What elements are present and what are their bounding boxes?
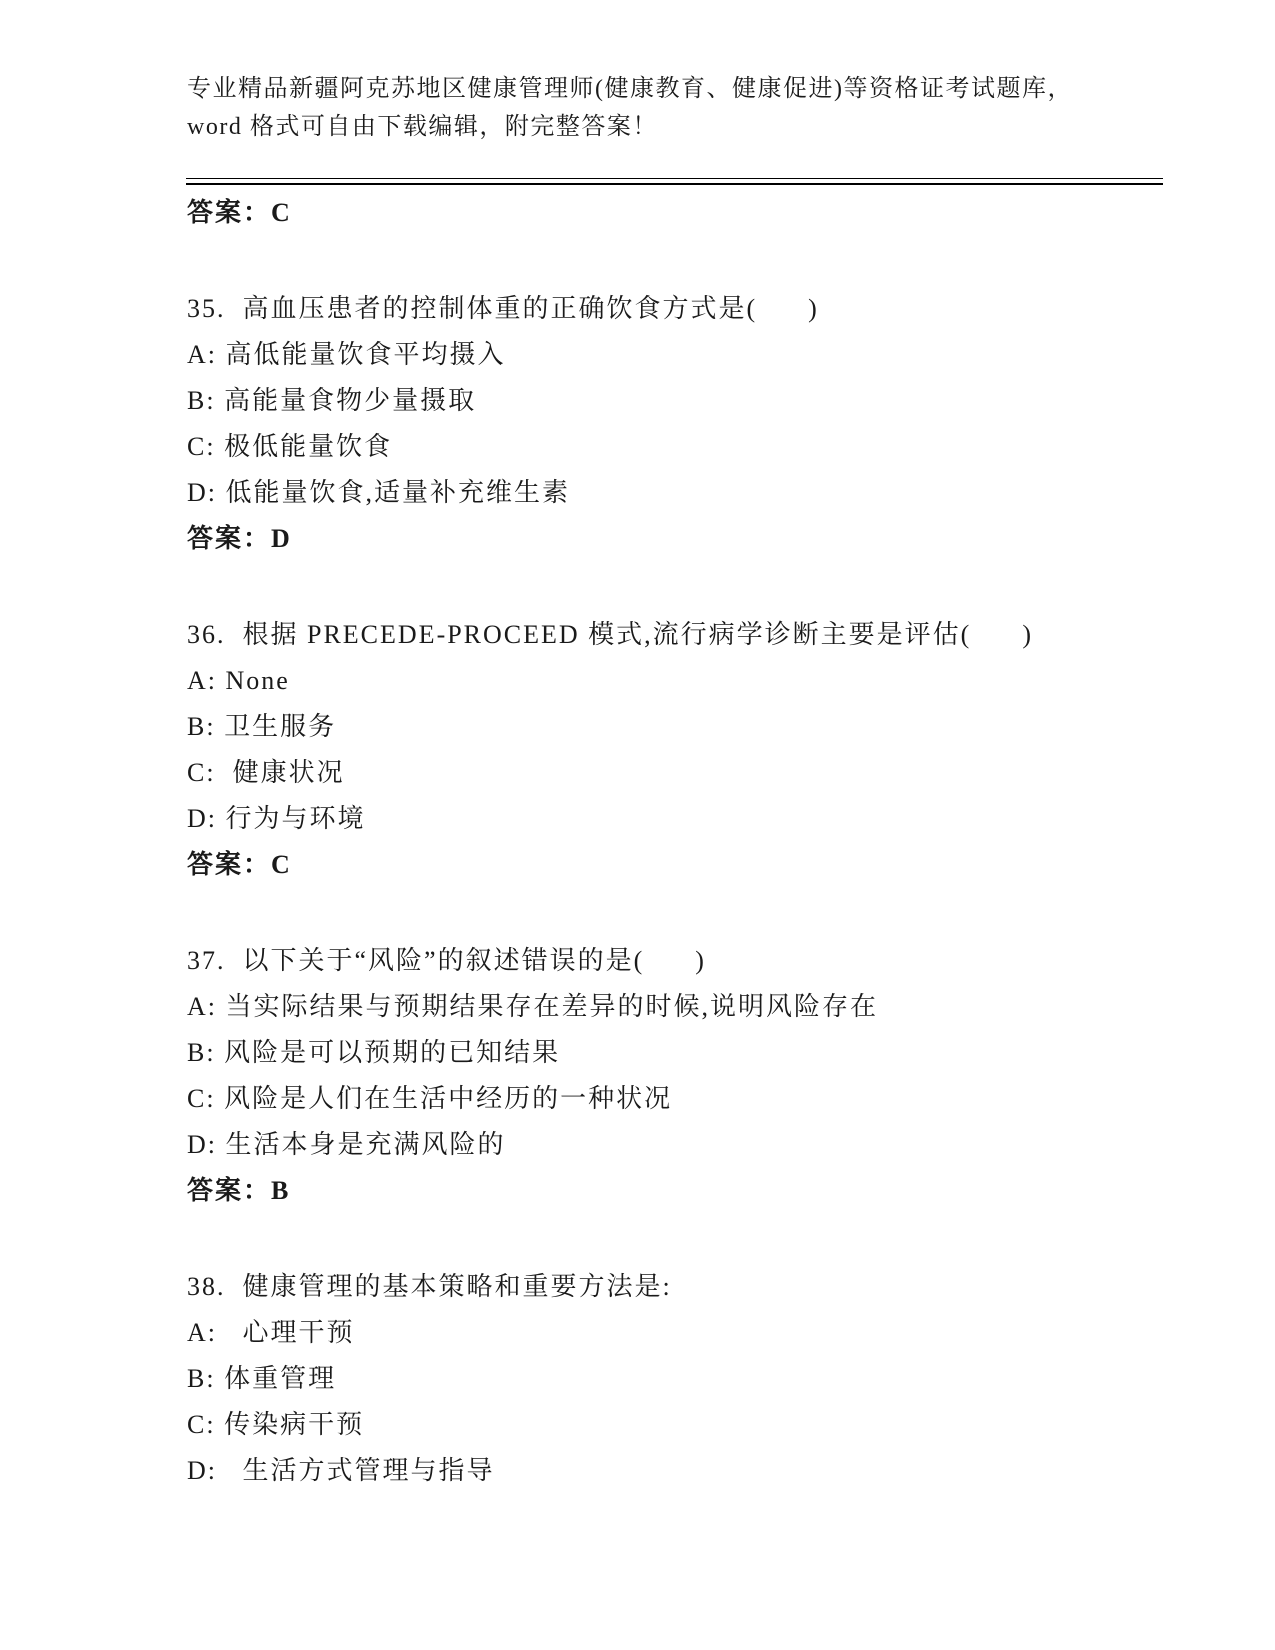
question-36-option-d: D: 行为与环境 xyxy=(187,796,1187,842)
question-block-37: 37. 以下关于“风险”的叙述错误的是( ) A: 当实际结果与预期结果存在差异… xyxy=(187,938,1187,1214)
question-37-option-a: A: 当实际结果与预期结果存在差异的时候,说明风险存在 xyxy=(187,984,1187,1030)
answer-line-previous-question: 答案：C xyxy=(187,190,1187,236)
question-38-option-c: C: 传染病干预 xyxy=(187,1402,1187,1448)
question-block-36: 36. 根据 PRECEDE-PROCEED 模式,流行病学诊断主要是评估( )… xyxy=(187,612,1187,888)
question-36-text: 36. 根据 PRECEDE-PROCEED 模式,流行病学诊断主要是评估( ) xyxy=(187,612,1187,658)
question-36-option-c: C: 健康状况 xyxy=(187,750,1187,796)
question-36-answer: 答案：C xyxy=(187,842,1187,888)
question-35-text: 35. 高血压患者的控制体重的正确饮食方式是( ) xyxy=(187,286,1187,332)
header-line-2: word 格式可自由下载编辑，附完整答案！ xyxy=(187,108,1167,146)
question-35-answer: 答案：D xyxy=(187,516,1187,562)
question-35-option-d: D: 低能量饮食,适量补充维生素 xyxy=(187,470,1187,516)
document-page: 专业精品新疆阿克苏地区健康管理师(健康教育、健康促进)等资格证考试题库， wor… xyxy=(0,0,1275,1650)
question-37-text: 37. 以下关于“风险”的叙述错误的是( ) xyxy=(187,938,1187,984)
question-block-35: 35. 高血压患者的控制体重的正确饮食方式是( ) A: 高低能量饮食平均摄入 … xyxy=(187,286,1187,562)
question-38-option-b: B: 体重管理 xyxy=(187,1356,1187,1402)
header-line-1: 专业精品新疆阿克苏地区健康管理师(健康教育、健康促进)等资格证考试题库， xyxy=(187,70,1167,108)
question-35-option-c: C: 极低能量饮食 xyxy=(187,424,1187,470)
document-body: 答案：C 35. 高血压患者的控制体重的正确饮食方式是( ) A: 高低能量饮食… xyxy=(187,190,1187,1494)
question-38-option-a: A: 心理干预 xyxy=(187,1310,1187,1356)
header-divider xyxy=(186,178,1163,185)
question-38-option-d: D: 生活方式管理与指导 xyxy=(187,1448,1187,1494)
question-36-option-b: B: 卫生服务 xyxy=(187,704,1187,750)
question-37-answer: 答案：B xyxy=(187,1168,1187,1214)
question-38-text: 38. 健康管理的基本策略和重要方法是: xyxy=(187,1264,1187,1310)
question-35-option-a: A: 高低能量饮食平均摄入 xyxy=(187,332,1187,378)
question-37-option-c: C: 风险是人们在生活中经历的一种状况 xyxy=(187,1076,1187,1122)
question-block-38: 38. 健康管理的基本策略和重要方法是: A: 心理干预 B: 体重管理 C: … xyxy=(187,1264,1187,1494)
question-37-option-b: B: 风险是可以预期的已知结果 xyxy=(187,1030,1187,1076)
page-header: 专业精品新疆阿克苏地区健康管理师(健康教育、健康促进)等资格证考试题库， wor… xyxy=(187,70,1167,146)
question-36-option-a: A: None xyxy=(187,658,1187,704)
question-37-option-d: D: 生活本身是充满风险的 xyxy=(187,1122,1187,1168)
question-35-option-b: B: 高能量食物少量摄取 xyxy=(187,378,1187,424)
